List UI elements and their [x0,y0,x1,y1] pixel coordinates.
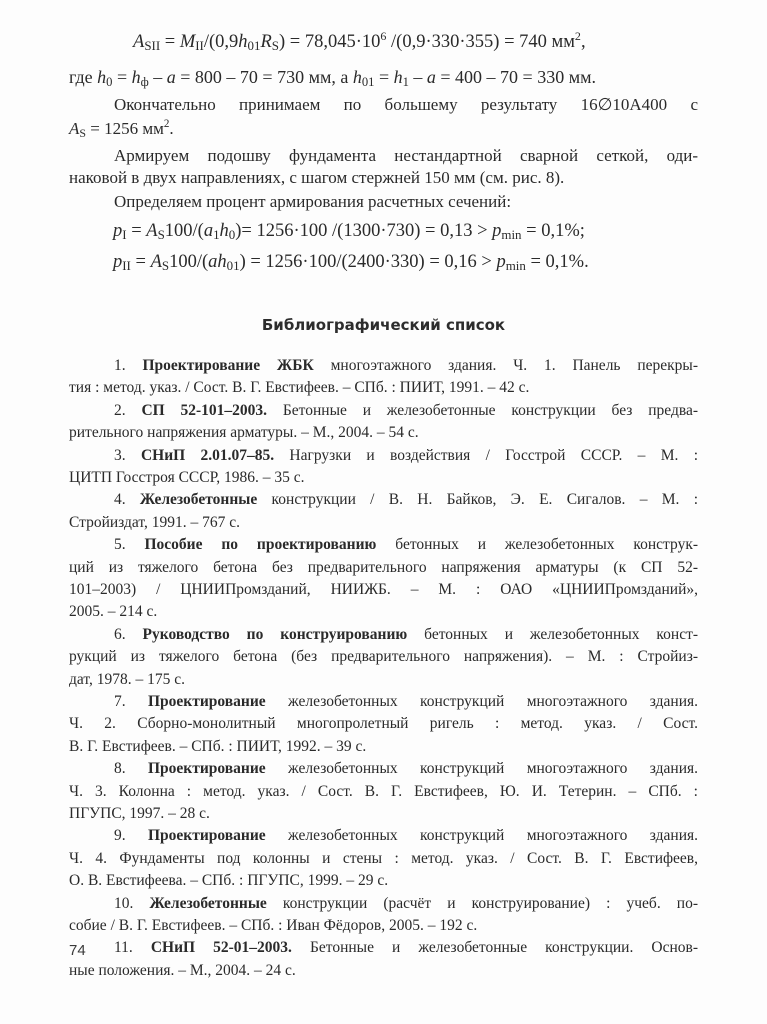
symbol: h [353,67,362,87]
symbol: p [113,221,122,241]
entry-text: многоэтажного здания. Ч. 1. Панель перек… [314,357,698,374]
symbol: M [180,32,195,52]
entry-title-bold: Пособие по проектированию [145,536,377,553]
entry-first-line: 6. Руководство по конструированию бетонн… [69,626,698,644]
entry-number: 10. [114,895,149,912]
subscript: S [158,227,165,242]
symbol: h [238,32,247,52]
text: 100/( [165,221,204,241]
symbol: R [260,32,271,52]
entry-first-line: 8. Проектирование железобетонных констру… [69,760,698,778]
symbol: p [496,252,505,272]
entry-title-bold: Проектирование [148,693,266,710]
entry-title-bold: СП 52-101–2003. [141,402,267,419]
symbol: a [167,67,176,87]
symbol: a [427,67,436,87]
entry-continuation-line: дат, 1978. – 175 с. [69,671,185,689]
text: где [69,67,97,87]
entry-text: конструкции (расчёт и конструирование) :… [267,895,698,912]
entry-continuation-line: собие / В. Г. Евстифеев. – СПб. : Иван Ф… [69,917,477,935]
subscript: 01 [362,75,375,89]
text: = [374,67,393,87]
entry-continuation-line: рительного напряжения арматуры. – М., 20… [69,424,419,442]
entry-number: 1. [114,357,142,374]
subscript: S [162,258,169,273]
text: /(0,9 [204,32,238,52]
entry-continuation-line: тия : метод. указ. / Сост. В. Г. Евстифе… [69,379,529,397]
entry-title-bold: СНиП 52-01–2003. [151,939,292,956]
symbol: h [394,67,403,87]
text: ) = 78,045·10 [279,32,380,52]
entry-continuation-line: ций из тяжелого бетона без предварительн… [69,559,698,577]
text: = 0,1%; [522,221,585,241]
entry-number: 2. [114,402,141,419]
text: = [127,221,147,241]
symbol: h [132,67,141,87]
entry-continuation-line: Ч. 3. Колонна : метод. указ. / Сост. В. … [69,783,698,801]
entry-continuation-line: ЦИТП Госстроя СССР, 1986. – 35 с. [69,469,305,487]
paragraph-final-line1: Окончательно принимаем по большему резул… [69,95,698,115]
symbol: h [217,252,226,272]
entry-title-bold: Проектирование [148,760,266,777]
symbol: a [208,252,217,272]
entry-number: 6. [114,626,143,643]
text: – [149,67,167,87]
entry-continuation-line: О. В. Евстифеева. – СПб. : ПГУПС, 1999. … [69,872,388,890]
entry-first-line: 10. Железобетонные конструкции (расчёт и… [69,895,698,913]
entry-title-bold: Железобетонные [149,895,266,912]
entry-number: 9. [114,827,148,844]
entry-first-line: 1. Проектирование ЖБК многоэтажного здан… [69,357,698,375]
entry-number: 3. [114,447,141,464]
subscript: 01 [227,258,240,273]
paragraph-percent: Определяем процент армирования расчетных… [114,192,511,212]
text: )= 1256·100 /(1300·730) = 0,13 > [235,221,492,241]
entry-first-line: 11. СНиП 52-01–2003. Бетонные и железобе… [69,939,698,957]
text: = [112,67,131,87]
symbol: A [69,119,79,138]
text: = 800 – 70 = 730 мм, а [176,67,353,87]
entry-text: железобетонных конструкций многоэтажного… [266,693,698,710]
entry-first-line: 5. Пособие по проектированию бетонных и … [69,536,698,554]
entry-continuation-line: ПГУПС, 1997. – 28 с. [69,805,210,823]
subscript: min [501,227,521,242]
paragraph-mesh-line1: Армируем подошву фундамента нестандартно… [69,146,698,166]
symbol: a [204,221,213,241]
entry-text: Бетонные и железобетонные конструкции бе… [267,402,698,419]
symbol: h [220,221,229,241]
entry-first-line: 9. Проектирование железобетонных констру… [69,827,698,845]
subscript: II [195,38,204,53]
entry-text: железобетонных конструкций многоэтажного… [266,827,698,844]
symbol: A [151,252,162,272]
entry-continuation-line: ные положения. – М., 2004. – 24 с. [69,962,296,980]
bibliography-heading: Библиографический список [0,316,767,334]
symbol: p [492,221,501,241]
entry-title-bold: Железобетонные [140,491,257,508]
entry-first-line: 3. СНиП 2.01.07–85. Нагрузки и воздейств… [69,447,698,465]
entry-number: 5. [114,536,145,553]
symbol: A [133,32,144,52]
entry-continuation-line: 2005. – 214 с. [69,603,157,621]
entry-first-line: 4. Железобетонные конструкции / В. Н. Ба… [69,491,698,509]
text: /(0,9·330·355) = 740 мм [386,32,575,52]
subscript: 01 [248,38,261,53]
entry-title-bold: Проектирование [148,827,266,844]
entry-text: конструкции / В. Н. Байков, Э. Е. Сигало… [257,491,698,508]
entry-text: бетонных и железобетонных конст- [407,626,698,643]
entry-first-line: 7. Проектирование железобетонных констру… [69,693,698,711]
symbol: h [97,67,106,87]
entry-title-bold: Проектирование ЖБК [142,357,313,374]
text: – [409,67,427,87]
subscript: ф [141,75,149,89]
text: = [131,252,151,272]
entry-continuation-line: Ч. 4. Фундаменты под колонны и стены : м… [69,850,698,868]
entry-text: железобетонных конструкций многоэтажного… [266,760,698,777]
paragraph-final-line2: AS = 1256 мм2. [69,119,174,139]
subscript: min [506,258,526,273]
entry-continuation-line: рукций из тяжелого бетона (без предварит… [69,648,698,666]
text: 100/( [169,252,208,272]
formula-p2: pII = AS100/(ah01) = 1256·100/(2400·330)… [113,252,589,272]
document-page: ASII = MII/(0,9h01RS) = 78,045·106 /(0,9… [0,0,767,1024]
text: , [581,32,586,52]
text: = 400 – 70 = 330 мм. [436,67,596,87]
entry-continuation-line: Стройиздат, 1991. – 767 с. [69,514,240,532]
entry-continuation-line: Ч. 2. Сборно-монолитный многопролетный р… [69,715,698,733]
entry-first-line: 2. СП 52-101–2003. Бетонные и железобето… [69,402,698,420]
entry-number: 4. [114,491,140,508]
symbol: A [146,221,157,241]
text: ) = 1256·100/(2400·330) = 0,16 > [240,252,497,272]
page-number: 74 [69,942,86,959]
subscript: SII [144,38,160,53]
entry-number: 11. [114,939,151,956]
where-line: где h0 = hф – a = 800 – 70 = 730 мм, а h… [69,67,596,87]
text: = 1256 мм [86,119,164,138]
entry-title-bold: СНиП 2.01.07–85. [141,447,274,464]
entry-text: Бетонные и железобетонные конструкции. О… [292,939,698,956]
entry-continuation-line: В. Г. Евстифеев. – СПб. : ПИИТ, 1992. – … [69,738,366,756]
entry-title-bold: Руководство по конструированию [143,626,408,643]
entry-number: 7. [114,693,148,710]
text: = 0,1%. [526,252,589,272]
entry-text: Нагрузки и воздействия / Госстрой СССР. … [274,447,698,464]
paragraph-mesh-line2: наковой в двух направлениях, с шагом сте… [69,168,564,188]
formula-as-ii: ASII = MII/(0,9h01RS) = 78,045·106 /(0,9… [133,32,586,52]
entry-continuation-line: 101–2003) / ЦНИИПромзданий, НИИЖБ. – М. … [69,581,698,599]
text: . [169,119,173,138]
entry-text: бетонных и железобетонных конструк- [376,536,698,553]
symbol: p [113,252,122,272]
entry-number: 8. [114,760,148,777]
subscript: S [272,38,279,53]
formula-p1: pI = AS100/(a1h0)= 1256·100 /(1300·730) … [113,221,585,241]
subscript: II [122,258,131,273]
